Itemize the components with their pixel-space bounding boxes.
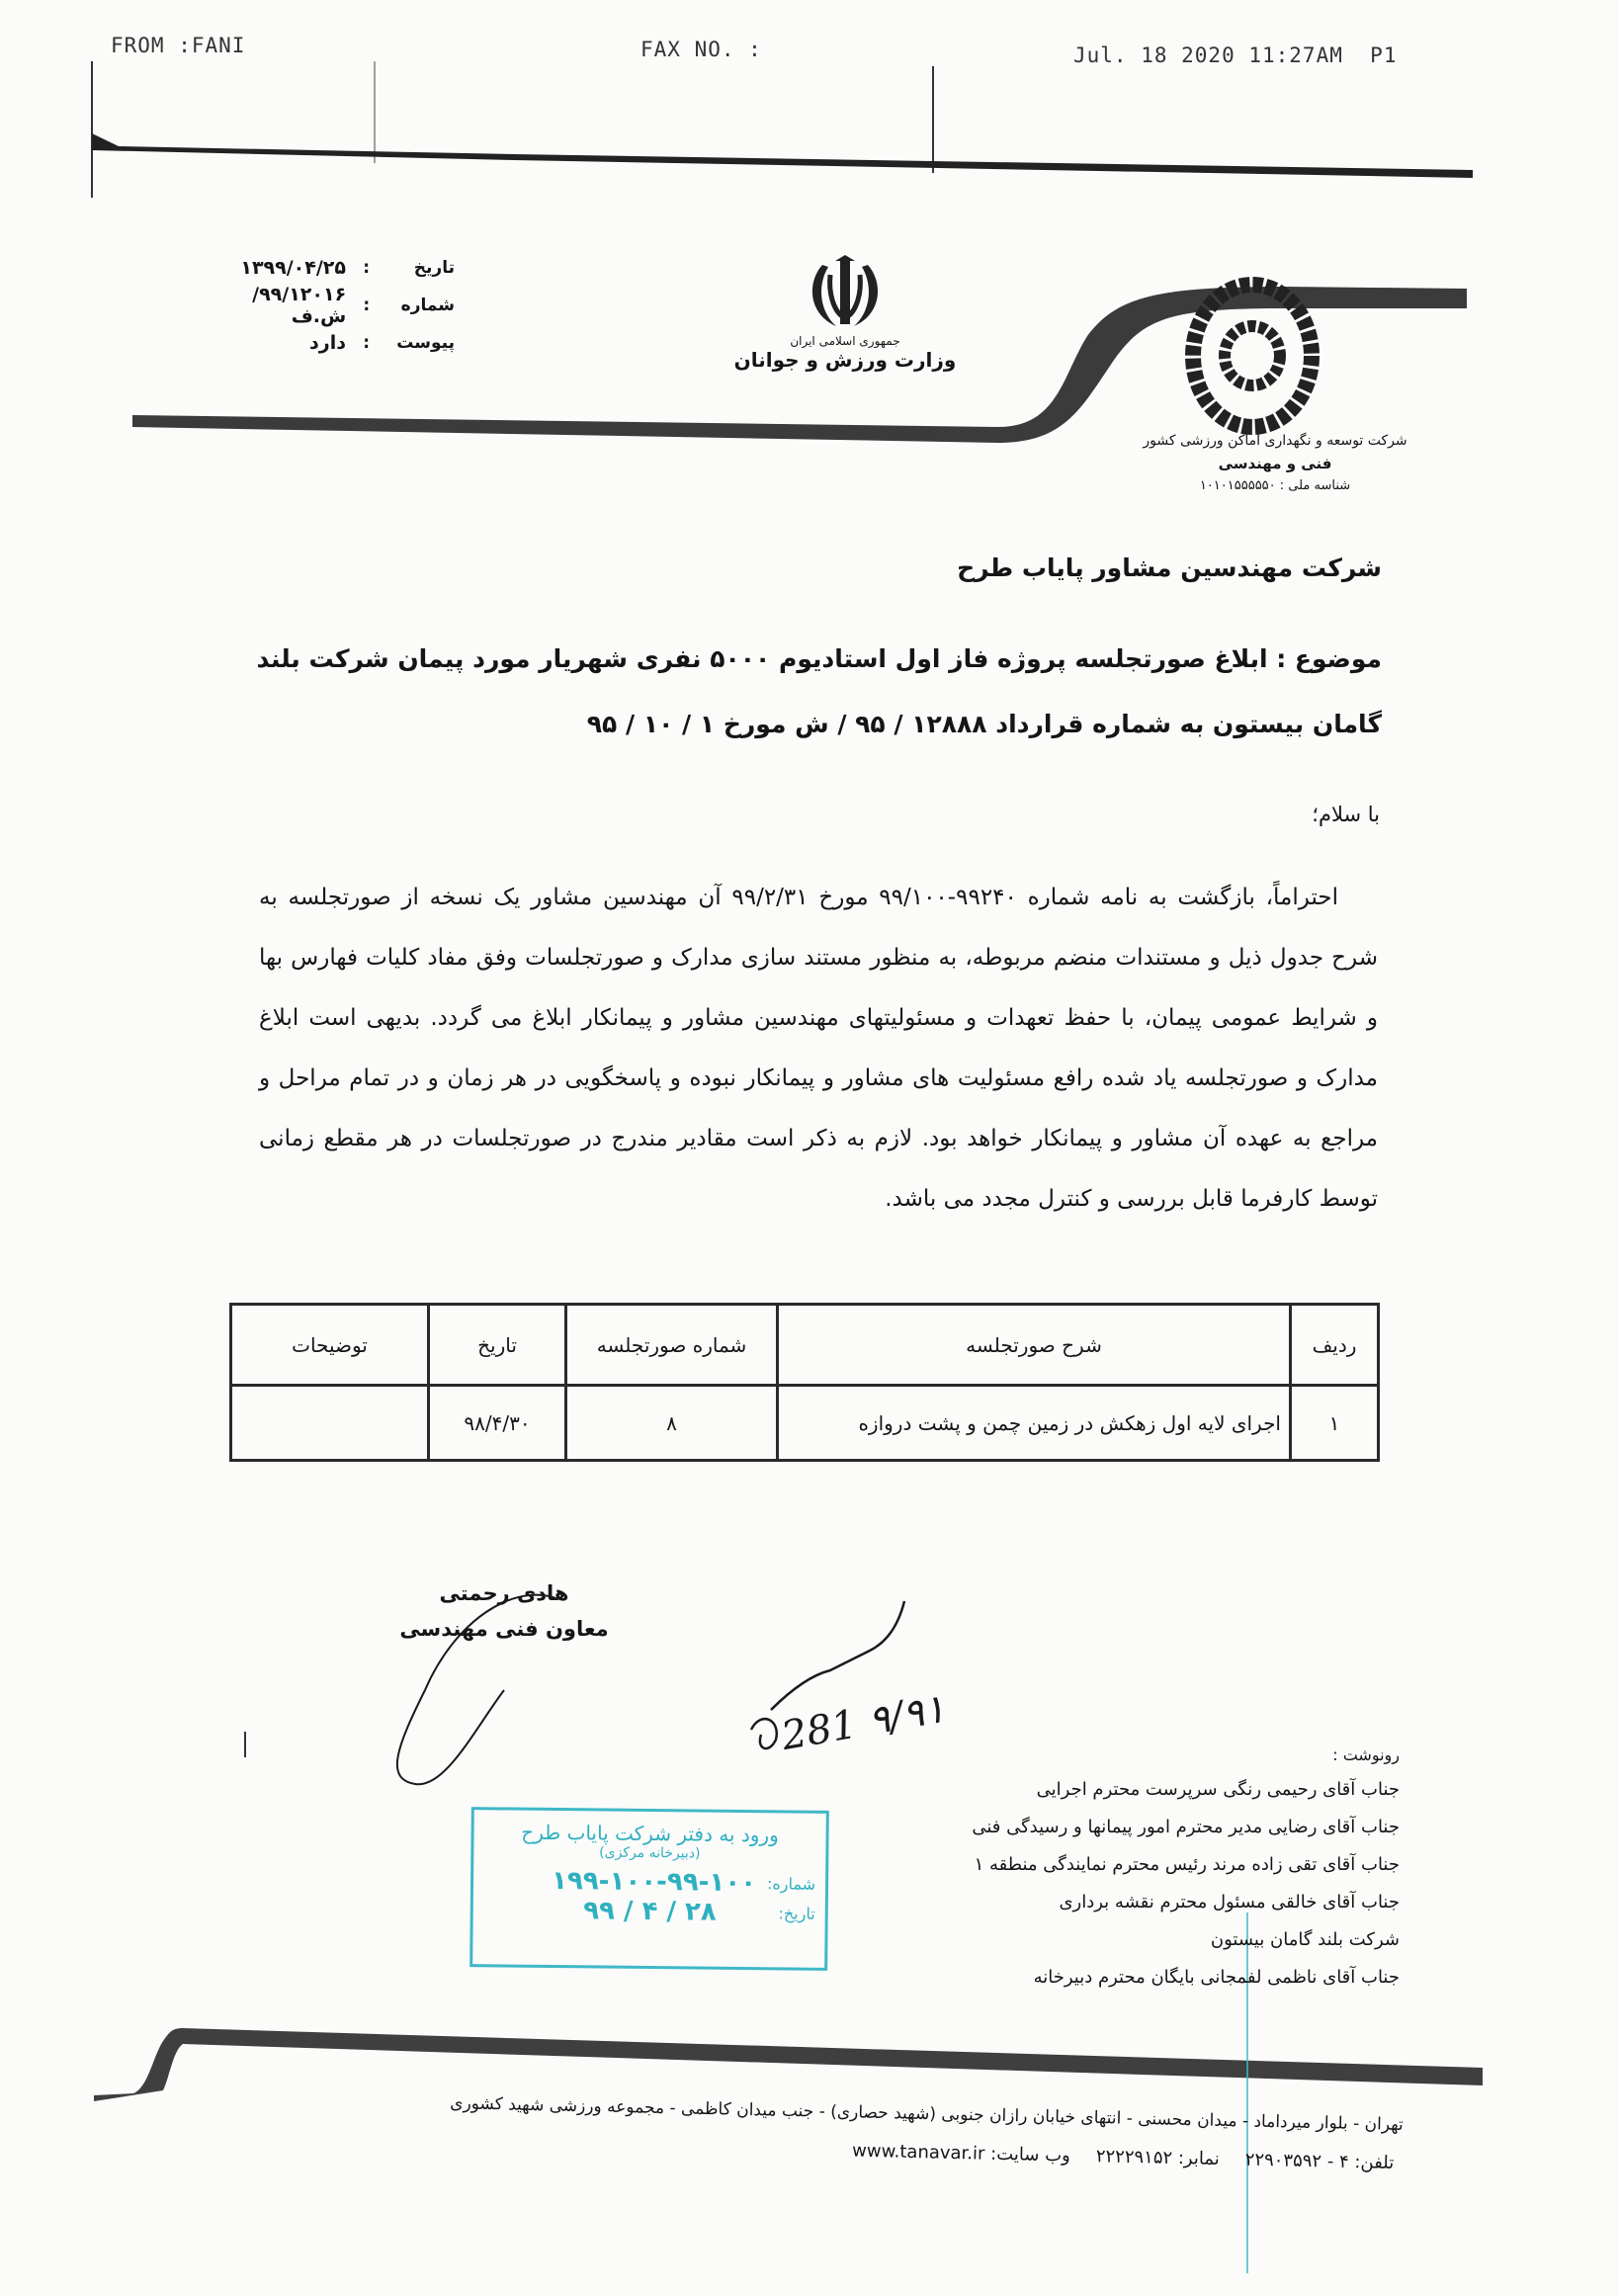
- meta-attachment-label: پیوست: [383, 333, 455, 353]
- meta-attachment-value: دارد: [309, 332, 346, 354]
- country-name: جمهوری اسلامی ایران: [722, 334, 969, 348]
- footer-phone: تلفن: ۴ - ۲۲۹۰۳۵۹۲: [1244, 2150, 1394, 2173]
- letter-body: احتراماً، بازگشت به نامه شماره ۹۹۲۴۰-۹۹/…: [259, 868, 1378, 1230]
- cc-recipient: جناب آقای رحیمی رنگی سرپرست محترم اجرایی: [846, 1771, 1400, 1809]
- stamp-date-value: ۲۸ / ۴ / ۹۹: [583, 1896, 756, 1927]
- footer-fax: نمابر: ۲۲۲۲۹۱۵۲: [1095, 2146, 1219, 2169]
- stamp-number-row: شماره: ۱۹۹-۱۰۰-۹۹-۱۰۰: [473, 1865, 825, 1899]
- stamp-title: ورود به دفتر شرکت پایاب طرح: [473, 1820, 825, 1847]
- meta-number-label: شماره: [383, 296, 455, 315]
- meta-number-value: ۹۹/۱۲۰۱۶/ش.ف: [198, 284, 346, 327]
- letter-meta: تاریخ : ۱۳۹۹/۰۴/۲۵ شماره : ۹۹/۱۲۰۱۶/ش.ف …: [198, 249, 455, 362]
- colon: :: [360, 258, 370, 278]
- cell-date: ۹۸/۴/۳۰: [429, 1386, 566, 1461]
- cc-recipient: جناب آقای رضایی مدیر محترم امور پیمانها …: [846, 1809, 1400, 1846]
- meta-date: تاریخ : ۱۳۹۹/۰۴/۲۵: [198, 249, 455, 287]
- colon: :: [360, 296, 370, 315]
- footer-website-label: وب سایت:: [990, 2144, 1070, 2167]
- meta-number: شماره : ۹۹/۱۲۰۱۶/ش.ف: [198, 287, 455, 324]
- company-block: شرکت توسعه و نگهداری اماکن ورزشی کشور فن…: [1097, 433, 1453, 493]
- company-name: شرکت توسعه و نگهداری اماکن ورزشی کشور: [1097, 433, 1453, 449]
- iran-emblem-icon: [803, 255, 888, 334]
- footer-website-link[interactable]: www.tanavar.ir: [852, 2141, 985, 2165]
- cc-recipient: جناب آقای ناظمی لفمجانی بایگان محترم دبی…: [846, 1959, 1400, 1997]
- cc-recipient: جناب آقای تقی زاده مرند رئیس محترم نماین…: [846, 1846, 1400, 1884]
- stamp-number-value: ۱۹۹-۱۰۰-۹۹-۱۰۰: [552, 1866, 756, 1898]
- ministry-name: وزارت ورزش و جوانان: [722, 348, 969, 372]
- cell-row-number: ۱: [1291, 1386, 1379, 1461]
- cc-heading: رونوشت :: [846, 1740, 1400, 1771]
- header-date: تاریخ: [429, 1305, 566, 1386]
- cell-notes: [231, 1386, 429, 1461]
- meta-attachment: پیوست : دارد: [198, 324, 455, 362]
- company-department: فنی و مهندسی: [1097, 455, 1453, 472]
- cc-recipient: جناب آقای خالقی مسئول محترم نقشه برداری: [846, 1884, 1400, 1921]
- header-row-number: ردیف: [1291, 1305, 1379, 1386]
- stamp-date-label: تاریخ:: [756, 1904, 815, 1923]
- company-national-id: شناسه ملی : ۱۰۱۰۱۵۵۵۵۵۰: [1097, 478, 1453, 493]
- subject-line-1: موضوع : ابلاغ صورتجلسه پروژه فاز اول است…: [257, 644, 1382, 673]
- header-minutes-number: شماره صورتجلسه: [566, 1305, 778, 1386]
- table-header-row: ردیف شرح صورتجلسه شماره صورتجلسه تاریخ ت…: [231, 1305, 1379, 1386]
- greeting: با سلام؛: [1312, 803, 1380, 826]
- ministry-block: جمهوری اسلامی ایران وزارت ورزش و جوانان: [722, 334, 969, 372]
- stamp-number-label: شماره:: [756, 1874, 815, 1894]
- cell-description: اجرای لایه اول زهکش در زمین چمن و پشت در…: [778, 1386, 1291, 1461]
- received-stamp: ورود به دفتر شرکت پایاب طرح (دبیرخانه مر…: [469, 1807, 829, 1971]
- cc-list: رونوشت : جناب آقای رحیمی رنگی سرپرست محت…: [846, 1740, 1400, 1997]
- cell-minutes-number: ۸: [566, 1386, 778, 1461]
- recipient: شرکت مهندسین مشاور پایاب طرح: [957, 553, 1382, 582]
- table-row: ۱ اجرای لایه اول زهکش در زمین چمن و پشت …: [231, 1386, 1379, 1461]
- meta-date-label: تاریخ: [383, 258, 455, 278]
- subject-line-2: گامان بیستون به شماره قرارداد ۱۲۸۸۸ / ۹۵…: [587, 710, 1382, 738]
- stamp-date-row: تاریخ: ۲۸ / ۴ / ۹۹: [473, 1895, 825, 1928]
- header-notes: توضیحات: [231, 1305, 429, 1386]
- colon: :: [360, 333, 370, 353]
- cc-recipient: شرکت بلند گامان بیستون: [846, 1921, 1400, 1959]
- header-description: شرح صورتجلسه: [778, 1305, 1291, 1386]
- minutes-table: ردیف شرح صورتجلسه شماره صورتجلسه تاریخ ت…: [229, 1303, 1380, 1462]
- meta-date-value: ۱۳۹۹/۰۴/۲۵: [240, 257, 346, 279]
